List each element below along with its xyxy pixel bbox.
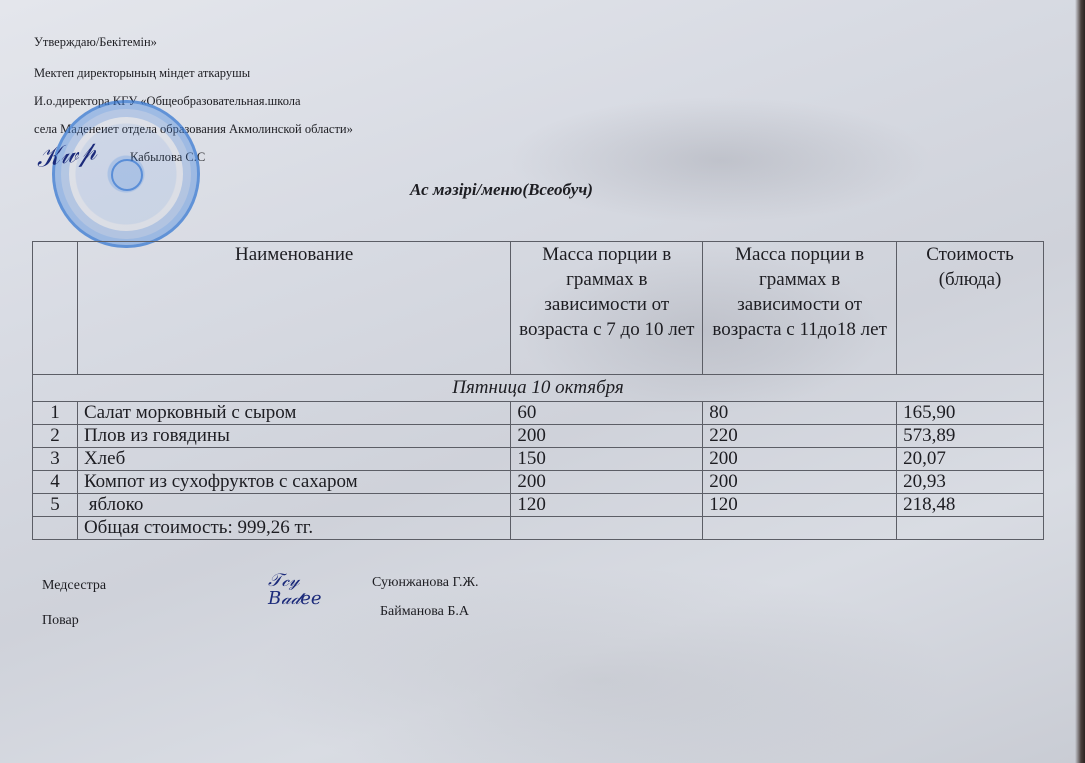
mass-7-10: 120 [511,494,703,517]
day-label: Пятница 10 октября [33,375,1044,402]
empty-cell [33,517,78,540]
col-mass-7-10: Масса порции в граммах в зависимости от … [511,242,703,375]
approve-line: Утверждаю/Бекітемін» [34,35,157,50]
dish-cost: 573,89 [897,425,1044,448]
nurse-label: Медсестра [42,578,106,594]
mass-7-10: 200 [511,471,703,494]
mass-11-18: 200 [703,471,897,494]
cook-label: Повар [42,613,79,629]
dish-cost: 165,90 [897,402,1044,425]
dish-name: Компот из сухофруктов с сахаром [77,471,510,494]
cook-name: Байманова Б.А [380,604,469,620]
col-cost: Стоимость (блюда) [897,242,1044,375]
dish-name: Плов из говядины [77,425,510,448]
mass-11-18: 220 [703,425,897,448]
nurse-name: Суюнжанова Г.Ж. [372,575,479,591]
table-row: 5 яблоко 120 120 218,48 [33,494,1044,517]
table-row: 3 Хлеб 150 200 20,07 [33,448,1044,471]
total-cost: Общая стоимость: 999,26 тг. [77,517,510,540]
empty-cell [703,517,897,540]
position-ru: И.о.директора КГУ «Общеобразовательная.ш… [34,94,301,109]
dish-cost: 20,93 [897,471,1044,494]
dish-cost: 218,48 [897,494,1044,517]
table-row: 1 Салат морковный с сыром 60 80 165,90 [33,402,1044,425]
position-kz: Мектеп директорының міндет аткарушы [34,66,250,81]
dish-name: яблоко [77,494,510,517]
total-row: Общая стоимость: 999,26 тг. [33,517,1044,540]
official-seal-icon [52,100,200,248]
row-number: 2 [33,425,78,448]
empty-cell [897,517,1044,540]
mass-7-10: 200 [511,425,703,448]
dish-name: Салат морковный с сыром [77,402,510,425]
table-row: 4 Компот из сухофруктов с сахаром 200 20… [33,471,1044,494]
mass-7-10: 150 [511,448,703,471]
col-number [33,242,78,375]
mass-11-18: 200 [703,448,897,471]
day-row: Пятница 10 октября [33,375,1044,402]
row-number: 4 [33,471,78,494]
empty-cell [511,517,703,540]
row-number: 5 [33,494,78,517]
nurse-signature-icon: 𝒯𝒸𝓎𝐵𝒶𝒹𝑒𝑒 [268,572,322,608]
table-row: 2 Плов из говядины 200 220 573,89 [33,425,1044,448]
paper-edge [1075,0,1085,763]
dish-name: Хлеб [77,448,510,471]
mass-7-10: 60 [511,402,703,425]
col-mass-11-18: Масса порции в граммах в зависимости от … [703,242,897,375]
mass-11-18: 120 [703,494,897,517]
col-name: Наименование [77,242,510,375]
menu-table: Наименование Масса порции в граммах в за… [32,241,1044,540]
table-header-row: Наименование Масса порции в граммах в за… [33,242,1044,375]
page-title: Ас мәзірі/меню(Всеобуч) [410,180,593,200]
mass-11-18: 80 [703,402,897,425]
row-number: 3 [33,448,78,471]
row-number: 1 [33,402,78,425]
dish-cost: 20,07 [897,448,1044,471]
